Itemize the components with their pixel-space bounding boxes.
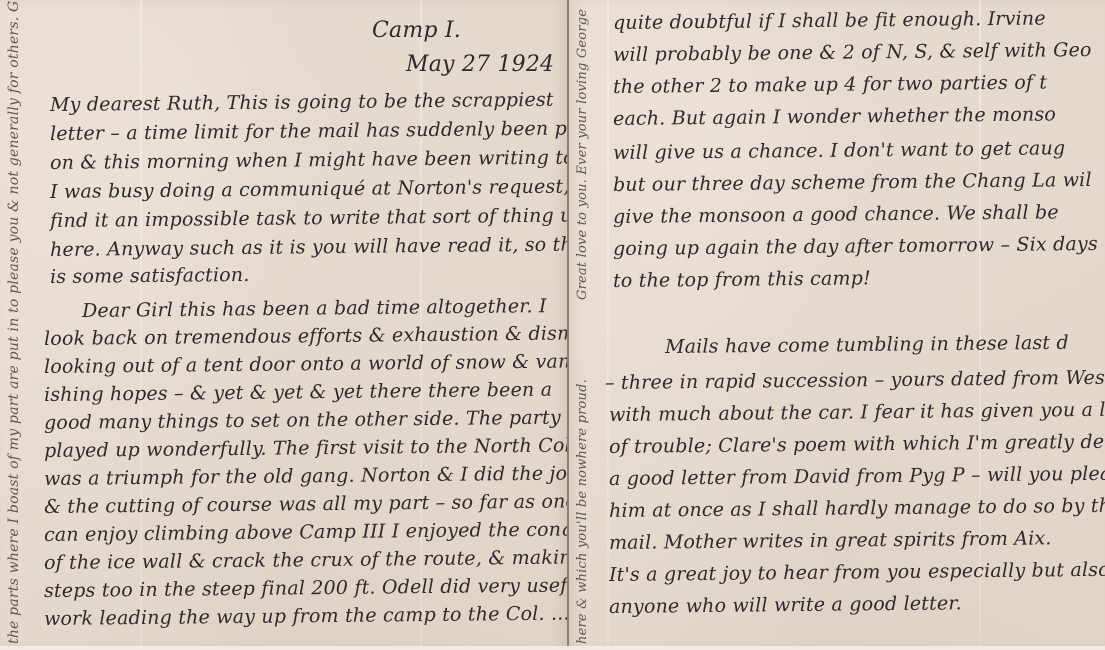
letter-page-left: Camp I. May 27 1924 My dearest Ruth, Thi…	[0, 0, 569, 650]
letter-line: but our three day scheme from the Chang …	[613, 169, 1092, 196]
letter-line: to the top from this camp!	[613, 267, 871, 292]
letter-line: each. But again I wonder whether the mon…	[613, 103, 1056, 130]
letter-line: anyone who will write a good letter.	[609, 592, 962, 618]
letter-line: give the monsoon a good chance. We shall…	[613, 201, 1059, 228]
margin-note-right-lower: here & which you'll be nowhere proud.	[575, 379, 590, 644]
letter-line: Dear Girl this has been a bad time altog…	[82, 295, 547, 322]
letter-line: It's a great joy to hear from you especi…	[609, 558, 1105, 586]
letter-line: of trouble; Clare's poem with which I'm …	[609, 430, 1105, 458]
letter-line: My dearest Ruth, This is going to be the…	[50, 89, 554, 116]
letter-line: look back on tremendous efforts & exhaus…	[44, 322, 569, 350]
letter-line: was a triumph for the old gang. Norton &…	[44, 462, 569, 490]
letter-line: going up again the day after tomorrow – …	[613, 233, 1098, 260]
letter-line: work leading the way up from the camp to…	[44, 602, 569, 630]
letter-line: – three in rapid succession – yours date…	[605, 366, 1105, 394]
letter-spread: Camp I. May 27 1924 My dearest Ruth, Thi…	[0, 0, 1105, 650]
letter-line: is some satisfaction.	[50, 264, 250, 288]
letter-line: will probably be one & 2 of N, S, & self…	[613, 39, 1092, 66]
letter-line: will give us a chance. I don't want to g…	[613, 137, 1066, 164]
letter-line: mail. Mother writes in great spirits fro…	[609, 527, 1052, 554]
letter-place: Camp I.	[372, 18, 461, 43]
letter-line: can enjoy climbing above Camp III I enjo…	[44, 518, 569, 546]
margin-note-right-signoff: Great love to you. Ever your loving Geor…	[575, 9, 590, 300]
letter-line: letter – a time limit for the mail has s…	[50, 117, 569, 145]
letter-date: May 27 1924	[406, 52, 554, 77]
letter-line: the other 2 to make up 4 for two parties…	[613, 71, 1047, 98]
letter-line: steps too in the steep final 200 ft. Ode…	[44, 574, 569, 602]
letter-line: played up wonderfully. The first visit t…	[44, 434, 569, 462]
letter-line: find it an impossible task to write that…	[50, 204, 569, 232]
letter-line: a good letter from David from Pyg P – wi…	[609, 462, 1105, 490]
letter-line: quite doubtful if I shall be fit enough.…	[613, 7, 1046, 34]
paper-bottom-edge	[0, 646, 1105, 650]
letter-line: & the cutting of course was all my part …	[44, 490, 569, 518]
letter-line: looking out of a tent door onto a world …	[44, 350, 569, 378]
letter-line: on & this morning when I might have been…	[50, 146, 569, 174]
letter-line: with much about the car. I fear it has g…	[609, 399, 1105, 426]
letter-line: good many things to set on the other sid…	[44, 406, 569, 434]
fold-crease	[979, 0, 981, 650]
letter-line: ishing hopes – & yet & yet & yet there t…	[44, 379, 552, 406]
letter-line: here. Anyway such as it is you will have…	[50, 233, 569, 261]
letter-page-right: quite doubtful if I shall be fit enough.…	[569, 0, 1105, 650]
letter-line: of the ice wall & crack the crux of the …	[44, 546, 569, 574]
letter-line: I was busy doing a communiqué at Norton'…	[50, 175, 569, 203]
letter-line: Mails have come tumbling in these last d	[665, 332, 1069, 358]
margin-note-left: the parts where I boast of my part are p…	[6, 0, 22, 644]
letter-line: him at once as I shall hardly manage to …	[609, 495, 1105, 522]
